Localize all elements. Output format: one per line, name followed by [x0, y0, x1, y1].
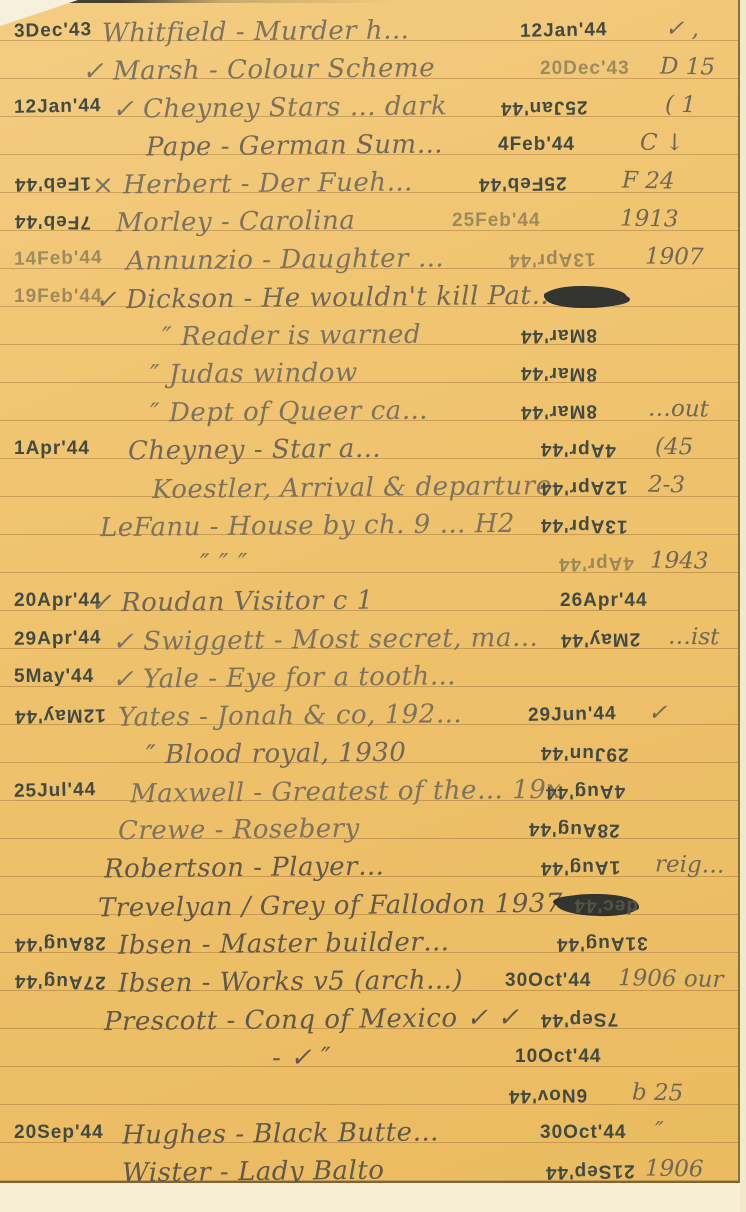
entry-row: 14Feb'44 Annunzio - Daughter … 13Apr'441…: [0, 242, 738, 280]
scan-edge-bottom: [0, 1183, 746, 1212]
entry-text: Ibsen - Works v5 (arch…): [118, 962, 463, 1002]
date-stamp-right: dec'44: [556, 893, 638, 916]
library-card: 3Dec'43 Whitfield - Murder h… 12Jan'44✓ …: [0, 0, 740, 1183]
margin-note: ″: [655, 1118, 664, 1144]
margin-note: 1906: [645, 1155, 704, 1182]
entry-text: Prescott - Conq of Mexico ✓ ✓: [104, 1000, 520, 1040]
entry-text: Morley - Carolina: [116, 203, 356, 242]
entry-text: ″ Dept of Queer ca…: [150, 393, 429, 432]
entry-row: Koestler, Arrival & departure 12Apr'442-…: [0, 470, 738, 508]
date-stamp-right: 30Oct'44: [505, 970, 591, 992]
entry-row: - ✓ ″ 10Oct'44: [0, 1040, 738, 1078]
entry-text: Robertson - Player…: [104, 849, 385, 888]
date-stamp-right: 29Jun'44: [540, 741, 629, 765]
date-stamp-right: 20Dec'43: [540, 58, 630, 80]
entry-text: ✓ Roudan Visitor c 1: [90, 583, 374, 622]
date-stamp-right: 4Aug'44: [545, 779, 626, 802]
entry-text: ✓ Dickson - He wouldn't kill Pat…: [95, 278, 558, 319]
date-stamp-right: 4Apr'44: [558, 551, 634, 574]
date-stamp-left: 1Apr'44: [14, 438, 90, 460]
scanned-card-image: 3Dec'43 Whitfield - Murder h… 12Jan'44✓ …: [0, 0, 746, 1212]
date-stamp-right: 8Mar'44: [520, 323, 597, 346]
entry-row: Prescott - Conq of Mexico ✓ ✓ 7Sep'44: [0, 1002, 738, 1040]
rows: 3Dec'43 Whitfield - Murder h… 12Jan'44✓ …: [0, 14, 738, 1192]
entry-text: ✓ Cheyney Stars … dark: [112, 88, 448, 128]
entry-text: Hughes - Black Butte…: [122, 1114, 439, 1153]
date-stamp-right: 13Apr'44: [540, 513, 628, 537]
date-stamp-left: 14Feb'44: [14, 247, 103, 271]
margin-note: reig…: [655, 851, 725, 878]
date-stamp-left: 19Feb'44: [14, 286, 103, 308]
margin-note: 1906 our: [618, 965, 724, 993]
entry-row: Robertson - Player… 1Aug'44reig…: [0, 850, 738, 888]
margin-note: ✓: [648, 700, 668, 726]
date-stamp-right: 6Nov'44: [508, 1083, 587, 1106]
date-stamp-left: 20Sep'44: [14, 1122, 104, 1144]
date-stamp-left: 12May'44: [14, 703, 106, 727]
entry-row: 3Dec'43 Whitfield - Murder h… 12Jan'44✓ …: [0, 14, 738, 52]
date-stamp-right: 4Apr'44: [540, 437, 616, 460]
entry-text: ″ Reader is warned: [162, 317, 421, 356]
date-stamp-right: 25Feb'44: [478, 171, 567, 195]
entry-row: Trevelyan / Grey of Fallodon 1937 dec'44: [0, 888, 738, 926]
entry-row: 19Feb'44 ✓ Dickson - He wouldn't kill Pa…: [0, 280, 738, 318]
entry-row: 5May'44 ✓ Yale - Eye for a tooth…: [0, 660, 738, 698]
entry-text: Trevelyan / Grey of Fallodon 1937: [98, 886, 563, 927]
margin-note: 2-3: [648, 472, 685, 499]
date-stamp-right: 10Oct'44: [515, 1046, 601, 1068]
date-stamp-right: 13Apr'44: [508, 247, 596, 271]
entry-row: 20Sep'44 Hughes - Black Butte… 30Oct'44″: [0, 1116, 738, 1154]
entry-text: Annunzio - Daughter …: [126, 240, 445, 279]
margin-note: D 15: [660, 54, 715, 81]
entry-row: ✓ Marsh - Colour Scheme 20Dec'43D 15: [0, 52, 738, 90]
entry-row: 7Feb'44 Morley - Carolina 25Feb'441913: [0, 204, 738, 242]
entry-text: Ibsen - Master builder…: [118, 924, 450, 963]
date-stamp-right: 12Apr'44: [540, 475, 628, 499]
date-stamp-right: 12Jan'44: [520, 19, 608, 43]
entry-row: ″ Reader is warned 8Mar'44: [0, 318, 738, 356]
date-stamp-right: 7Sep'44: [540, 1007, 618, 1030]
entry-text: ″ Blood royal, 1930: [146, 735, 407, 774]
margin-note: 1943: [650, 547, 709, 574]
entry-text: Koestler, Arrival & departure: [152, 468, 552, 508]
entry-text: LeFanu - House by ch. 9 … H2: [100, 506, 515, 546]
margin-note: C ↓: [640, 130, 685, 157]
date-stamp-right: 21Sep'44: [545, 1159, 635, 1183]
entry-row: Pape - German Sum… 4Feb'44C ↓: [0, 128, 738, 166]
entry-text: ✓ Swiggett - Most secret, ma…: [112, 620, 539, 660]
date-stamp-right: 28Aug'44: [528, 817, 620, 841]
margin-note: 1907: [645, 243, 704, 270]
date-stamp-right: 31Aug'44: [556, 931, 648, 955]
entry-row: 25Jul'44 Maxwell - Greatest of the… 19x …: [0, 774, 738, 812]
margin-note: 1913: [620, 205, 679, 232]
entry-text: ″ Judas window: [150, 355, 358, 393]
entry-row: 20Apr'44 ✓ Roudan Visitor c 1 26Apr'44: [0, 584, 738, 622]
date-stamp-left: 12Jan'44: [14, 95, 102, 119]
date-stamp-right: 1Aug'44: [540, 855, 621, 878]
entry-row: 27Aug'44 Ibsen - Works v5 (arch…) 30Oct'…: [0, 964, 738, 1002]
entry-row: 28Aug'44 Ibsen - Master builder… 31Aug'4…: [0, 926, 738, 964]
entry-text: × Herbert - Der Fueh…: [92, 164, 413, 203]
date-stamp-left: 20Apr'44: [14, 590, 102, 612]
date-stamp-left: 3Dec'43: [14, 19, 93, 43]
margin-note: ✓ ,: [665, 16, 699, 43]
date-stamp-right: 2May'44: [560, 627, 641, 650]
margin-note: b 25: [632, 1080, 684, 1107]
entry-text: - ✓ ″: [272, 1040, 332, 1077]
entry-row: 29Apr'44 ✓ Swiggett - Most secret, ma… 2…: [0, 622, 738, 660]
margin-note: …ist: [668, 624, 720, 651]
entry-text: Whitfield - Murder h…: [102, 12, 410, 51]
margin-note: …out: [648, 395, 709, 422]
entry-row: 1Feb'44 × Herbert - Der Fueh… 25Feb'44F …: [0, 166, 738, 204]
date-stamp-left: 27Aug'44: [14, 969, 106, 993]
date-stamp-right: 25Jan'44: [500, 95, 588, 119]
date-stamp-left: 5May'44: [14, 666, 94, 688]
stamp-blob: [545, 286, 627, 308]
date-stamp-right: 4Feb'44: [498, 134, 575, 156]
entry-row: Crewe - Rosebery 28Aug'44: [0, 812, 738, 850]
entry-text: ✓ Yale - Eye for a tooth…: [112, 658, 457, 698]
date-stamp-left: 29Apr'44: [14, 627, 102, 651]
entry-row: ″ Blood royal, 1930 29Jun'44: [0, 736, 738, 774]
entry-text: ✓ Marsh - Colour Scheme: [82, 50, 435, 90]
margin-note: F 24: [622, 168, 675, 195]
date-stamp-left: 1Feb'44: [14, 171, 91, 194]
card-top-edge: [0, 0, 738, 3]
entry-row: LeFanu - House by ch. 9 … H2 13Apr'44: [0, 508, 738, 546]
entry-row: 6Nov'44b 25: [0, 1078, 738, 1116]
date-stamp-right: 26Apr'44: [560, 590, 648, 612]
date-stamp-left: 28Aug'44: [14, 931, 106, 955]
entry-row: ″ Dept of Queer ca… 8Mar'44…out: [0, 394, 738, 432]
date-stamp-right: 30Oct'44: [540, 1122, 626, 1144]
entry-row: 12May'44 Yates - Jonah & co, 192… 29Jun'…: [0, 698, 738, 736]
entry-row: 12Jan'44 ✓ Cheyney Stars … dark 25Jan'44…: [0, 90, 738, 128]
entry-row: ″ ″ ″ 4Apr'441943: [0, 546, 738, 584]
entry-text: Crewe - Rosebery: [118, 811, 360, 850]
entry-text: Yates - Jonah & co, 192…: [118, 696, 463, 736]
entry-row: 1Apr'44 Cheyney - Star a… 4Apr'44(45: [0, 432, 738, 470]
date-stamp-right: 8Mar'44: [520, 399, 597, 422]
date-stamp-right: 25Feb'44: [452, 210, 541, 232]
margin-note: (45: [655, 434, 694, 461]
entry-text: Maxwell - Greatest of the… 19x: [130, 772, 562, 813]
date-stamp-right: 8Mar'44: [520, 361, 597, 384]
date-stamp-right: 29Jun'44: [528, 703, 617, 727]
date-stamp-left: 25Jul'44: [14, 779, 97, 803]
entry-text: Cheyney - Star a…: [128, 431, 382, 470]
margin-note: ( 1: [665, 92, 696, 119]
entry-row: ″ Judas window 8Mar'44: [0, 356, 738, 394]
scan-edge-right: [740, 0, 746, 1212]
entry-text: ″ ″ ″: [200, 546, 249, 583]
date-stamp-left: 7Feb'44: [14, 209, 91, 232]
entry-text: Pape - German Sum…: [146, 126, 444, 165]
